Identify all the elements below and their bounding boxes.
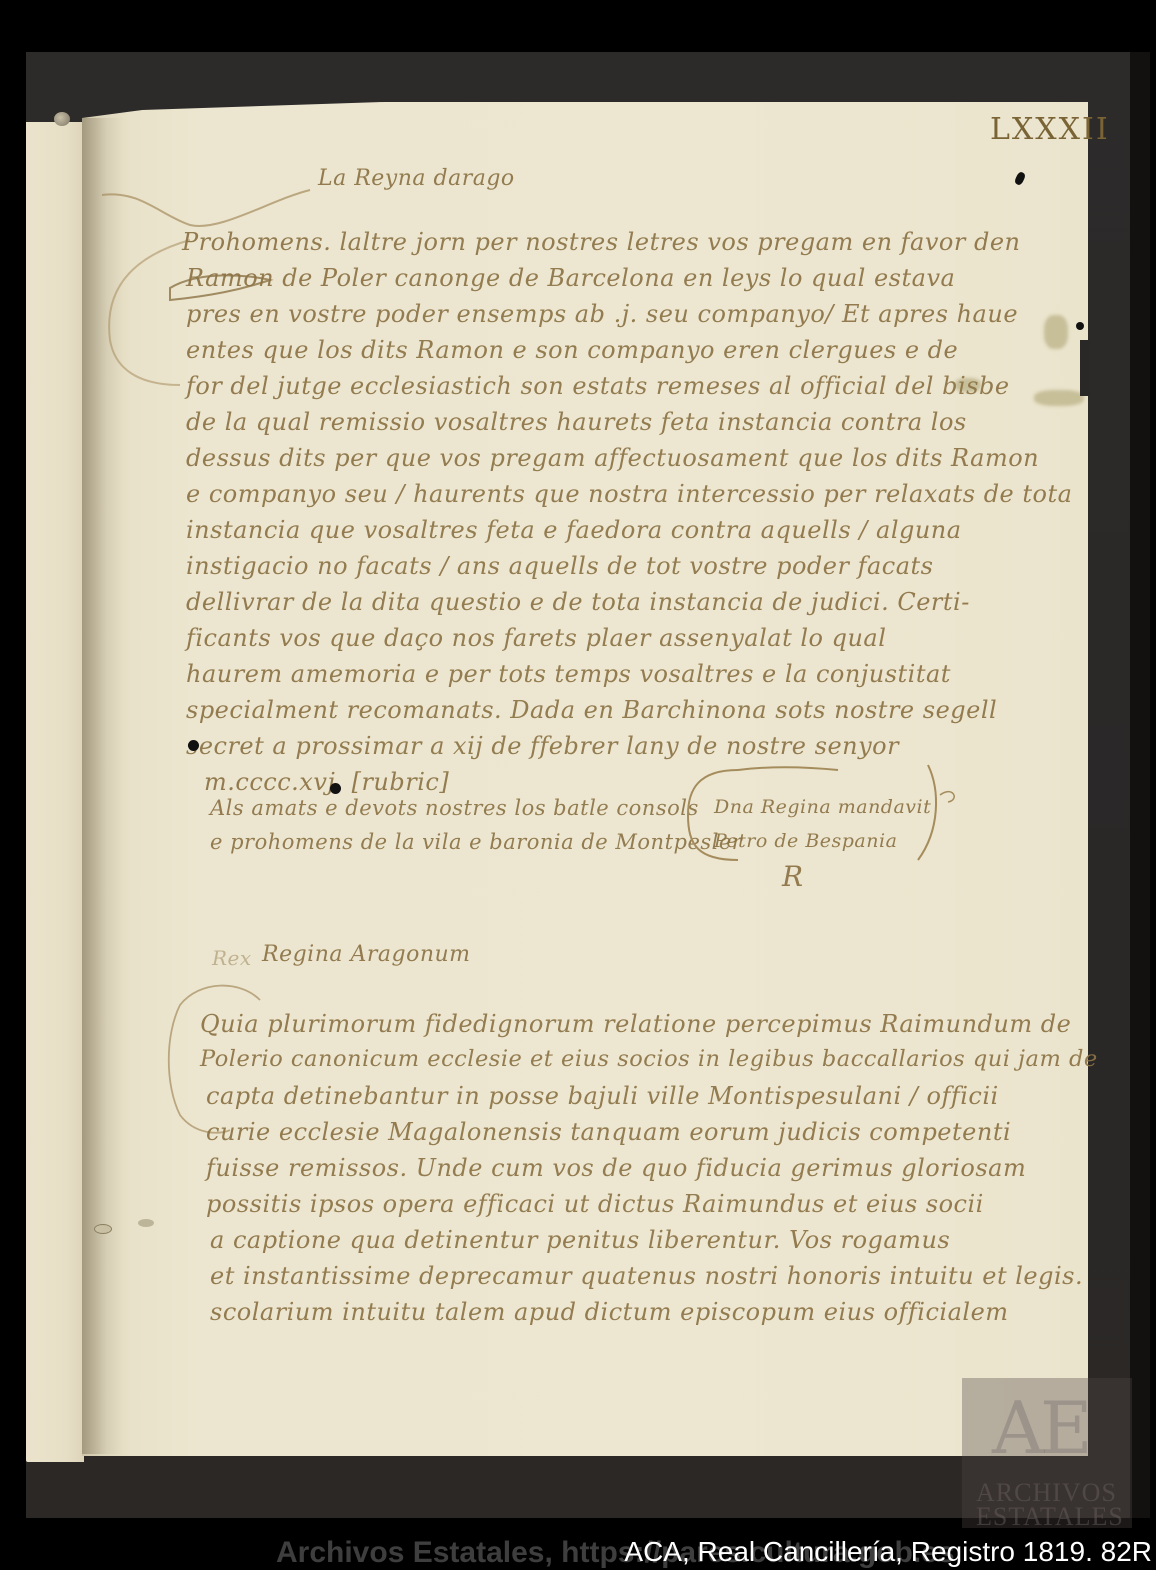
text-line: dessus dits per que vos pregam affectuos… xyxy=(186,444,1039,472)
binding-hole xyxy=(94,1224,112,1234)
text-line: pres en vostre poder ensemps ab .j. seu … xyxy=(186,300,1018,328)
text-line: instigacio no facats / ans aquells de to… xyxy=(186,552,933,580)
cover-edge xyxy=(1130,52,1150,1518)
text-line: entes que los dits Ramon e son companyo … xyxy=(186,336,958,364)
text-line: a captione qua detinentur penitus libere… xyxy=(210,1226,950,1254)
text-line: dellivrar de la dita questio e de tota i… xyxy=(186,588,970,616)
left-page-strip xyxy=(26,122,84,1462)
registry-mark: R xyxy=(782,860,804,893)
text-line: fuisse remissos. Unde cum vos de quo fid… xyxy=(206,1154,1026,1182)
water-stain xyxy=(1034,390,1084,406)
folio-number: LXXXII xyxy=(990,112,1110,147)
text-line: specialment recomanats. Dada en Barchino… xyxy=(186,696,997,724)
text-line: de la qual remissio vosaltres haurets fe… xyxy=(186,408,967,436)
text-line: Quia plurimorum fidedignorum relatione p… xyxy=(200,1010,1071,1038)
archive-watermark: AE ARCHIVOS ESTATALES xyxy=(962,1378,1132,1528)
text-line: for del jutge ecclesiastich son estats r… xyxy=(186,372,1010,400)
text-line: Ramon de Poler canonge de Barcelona en l… xyxy=(186,264,955,292)
archive-logo-icon: AE xyxy=(992,1386,1089,1470)
ink-blot xyxy=(330,783,341,794)
watermark-line: ESTATALES xyxy=(976,1502,1124,1532)
ink-blot xyxy=(1076,322,1084,330)
address-line: Als amats e devots nostres los batle con… xyxy=(210,796,699,820)
text-line: instancia que vosaltres feta e faedora c… xyxy=(186,516,962,544)
water-stain xyxy=(1044,315,1068,349)
ink-blot xyxy=(188,740,199,751)
text-line: possitis ipsos opera efficaci ut dictus … xyxy=(206,1190,984,1218)
text-line: secret a prossimar a xij de ffebrer lany… xyxy=(186,732,899,760)
text-line: Polerio canonicum ecclesie et eius socio… xyxy=(200,1046,1098,1072)
binding-hole xyxy=(138,1219,154,1227)
letter-2-heading: Regina Aragonum xyxy=(262,942,471,967)
text-line: scolarium intuitu talem apud dictum epis… xyxy=(210,1298,1009,1326)
document-reference: ACA, Real Cancillería, Registro 1819. 82… xyxy=(624,1536,1152,1568)
text-line: ficants vos que daço nos farets plaer as… xyxy=(186,624,886,652)
pin-icon xyxy=(54,112,70,126)
text-line: m.cccc.xvj. [rubric] xyxy=(204,768,449,796)
text-line: capta detinebantur in posse bajuli ville… xyxy=(206,1082,999,1110)
subscription-line: Petro de Bespania xyxy=(714,830,897,852)
page-tear xyxy=(1080,340,1090,396)
text-line: Prohomens. laltre jorn per nostres letre… xyxy=(182,228,1021,256)
text-line: et instantissime deprecamur quatenus nos… xyxy=(210,1262,1083,1290)
text-line: curie ecclesie Magalonensis tanquam eoru… xyxy=(206,1118,1011,1146)
letter-2-prefix: Rex xyxy=(212,946,252,970)
letter-1-heading: La Reyna darago xyxy=(318,166,515,191)
address-line: e prohomens de la vila e baronia de Mont… xyxy=(210,830,742,854)
text-line: e companyo seu / haurents que nostra int… xyxy=(186,480,1072,508)
subscription-line: Dna Regina mandavit xyxy=(714,796,931,818)
text-line: haurem amemoria e per tots temps vosaltr… xyxy=(186,660,951,688)
image-viewer: LXXXII La Reyna darago Prohomens. laltre… xyxy=(0,0,1156,1570)
